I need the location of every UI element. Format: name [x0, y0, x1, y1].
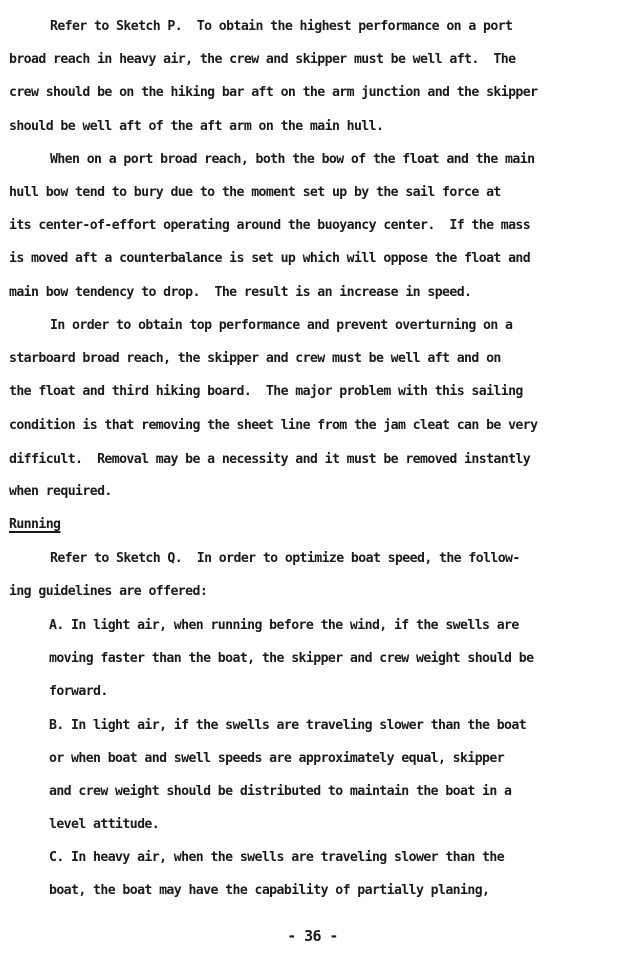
paragraph-3-line-3: the float and third hiking board. The ma… [9, 384, 523, 400]
paragraph-2-line-2: hull bow tend to bury due to the moment … [9, 185, 501, 201]
paragraph-1-line-1: Refer to Sketch P. To obtain the highest… [50, 19, 512, 35]
document-page: Refer to Sketch P. To obtain the highest… [0, 0, 625, 962]
item-b-line-2: or when boat and swell speeds are approx… [49, 751, 504, 767]
paragraph-1-line-2: broad reach in heavy air, the crew and s… [9, 52, 515, 68]
paragraph-2-line-1: When on a port broad reach, both the bow… [50, 152, 534, 168]
paragraph-3-line-5: difficult. Removal may be a necessity an… [9, 452, 530, 468]
paragraph-1-line-4: should be well aft of the aft arm on the… [9, 119, 383, 135]
page-number: - 36 - [0, 928, 625, 944]
item-c-line-2: boat, the boat may have the capability o… [49, 883, 489, 899]
paragraph-2-line-5: main bow tendency to drop. The result is… [9, 285, 471, 301]
running-intro-line-1: Refer to Sketch Q. In order to optimize … [50, 551, 520, 567]
paragraph-1-line-3: crew should be on the hiking bar aft on … [9, 85, 537, 101]
paragraph-3-line-4: condition is that removing the sheet lin… [9, 418, 537, 434]
item-a-line-3: forward. [49, 684, 108, 700]
paragraph-2-line-3: its center-of-effort operating around th… [9, 218, 530, 234]
item-c-line-1: C. In heavy air, when the swells are tra… [49, 850, 504, 866]
paragraph-3-line-6: when required. [9, 484, 112, 500]
item-a-line-2: moving faster than the boat, the skipper… [49, 651, 533, 667]
item-a-line-1: A. In light air, when running before the… [49, 618, 519, 634]
item-b-line-3: and crew weight should be distributed to… [49, 784, 511, 800]
paragraph-3-line-2: starboard broad reach, the skipper and c… [9, 351, 501, 367]
section-heading-running: Running [9, 517, 60, 533]
running-intro-line-2: ing guidelines are offered: [9, 584, 207, 600]
item-b-line-4: level attitude. [49, 817, 159, 833]
item-b-line-1: B. In light air, if the swells are trave… [49, 718, 526, 734]
paragraph-2-line-4: is moved aft a counterbalance is set up … [9, 251, 530, 267]
paragraph-3-line-1: In order to obtain top performance and p… [50, 318, 512, 334]
